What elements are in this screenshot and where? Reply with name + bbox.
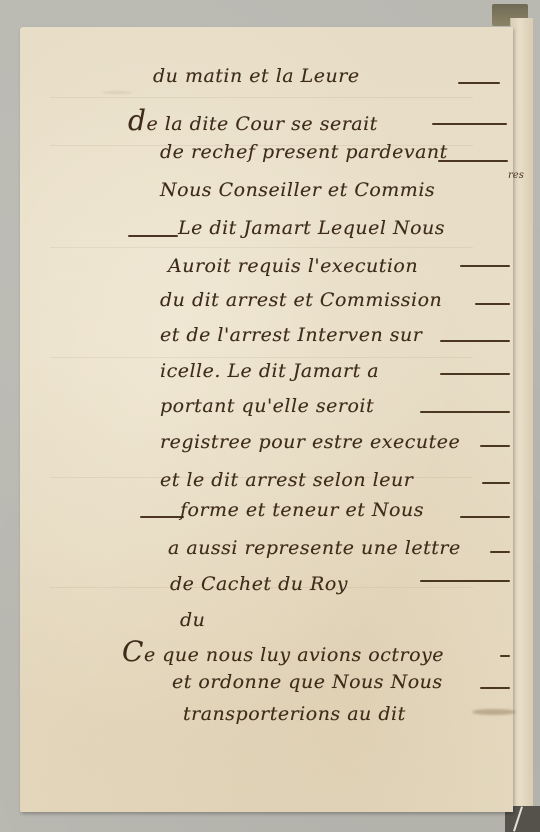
manuscript-line: du matin et la Leure [153, 65, 360, 87]
manuscript-line: de la dite Cour se serait [128, 104, 378, 137]
manuscript-line: registree pour estre executee [160, 431, 460, 453]
line-filler-dash [140, 516, 184, 518]
manuscript-page: du matin et la Leure de la dite Cour se … [20, 27, 513, 812]
line-filler-dash [482, 482, 510, 484]
manuscript-line: a aussi represente une lettre [168, 537, 461, 559]
line-filler-dash [438, 160, 508, 162]
line-filler-dash [420, 580, 510, 582]
manuscript-line: de Cachet du Roy [170, 573, 348, 595]
manuscript-line: Le dit Jamart Lequel Nous [178, 217, 445, 239]
line-filler-dash [458, 82, 500, 84]
manuscript-line: forme et teneur et Nous [180, 499, 424, 521]
manuscript-line: portant qu'elle seroit [160, 395, 374, 417]
manuscript-line: Nous Conseiller et Commis [160, 179, 435, 201]
manuscript-line: et le dit arrest selon leur [160, 469, 413, 491]
interlinear-note: res [508, 170, 524, 181]
line-filler-dash [500, 655, 510, 657]
manuscript-line: Ce que nous luy avions octroye [122, 635, 444, 668]
manuscript-line: du dit arrest et Commission [160, 289, 442, 311]
manuscript-line: transporterions au dit [183, 703, 406, 725]
line-filler-dash [460, 516, 510, 518]
next-leaf-edge [510, 18, 533, 812]
line-filler-dash [432, 123, 507, 125]
manuscript-line: icelle. Le dit Jamart a [160, 360, 379, 382]
manuscript-line: de rechef present pardevant [160, 141, 448, 163]
line-filler-dash [440, 340, 510, 342]
line-filler-dash [440, 373, 510, 375]
manuscript-line: Auroit requis l'execution [168, 255, 418, 277]
line-filler-dash [475, 303, 510, 305]
manuscript-line: du [180, 609, 205, 631]
manuscript-line: et de l'arrest Interven sur [160, 324, 422, 346]
line-filler-dash [480, 445, 510, 447]
line-filler-dash [420, 411, 510, 413]
line-filler-dash [460, 265, 510, 267]
handwritten-text: du matin et la Leure de la dite Cour se … [20, 27, 513, 812]
line-filler-dash [490, 551, 510, 553]
line-filler-dash [480, 687, 510, 689]
manuscript-line: et ordonne que Nous Nous [172, 671, 443, 693]
line-filler-dash [128, 235, 178, 237]
